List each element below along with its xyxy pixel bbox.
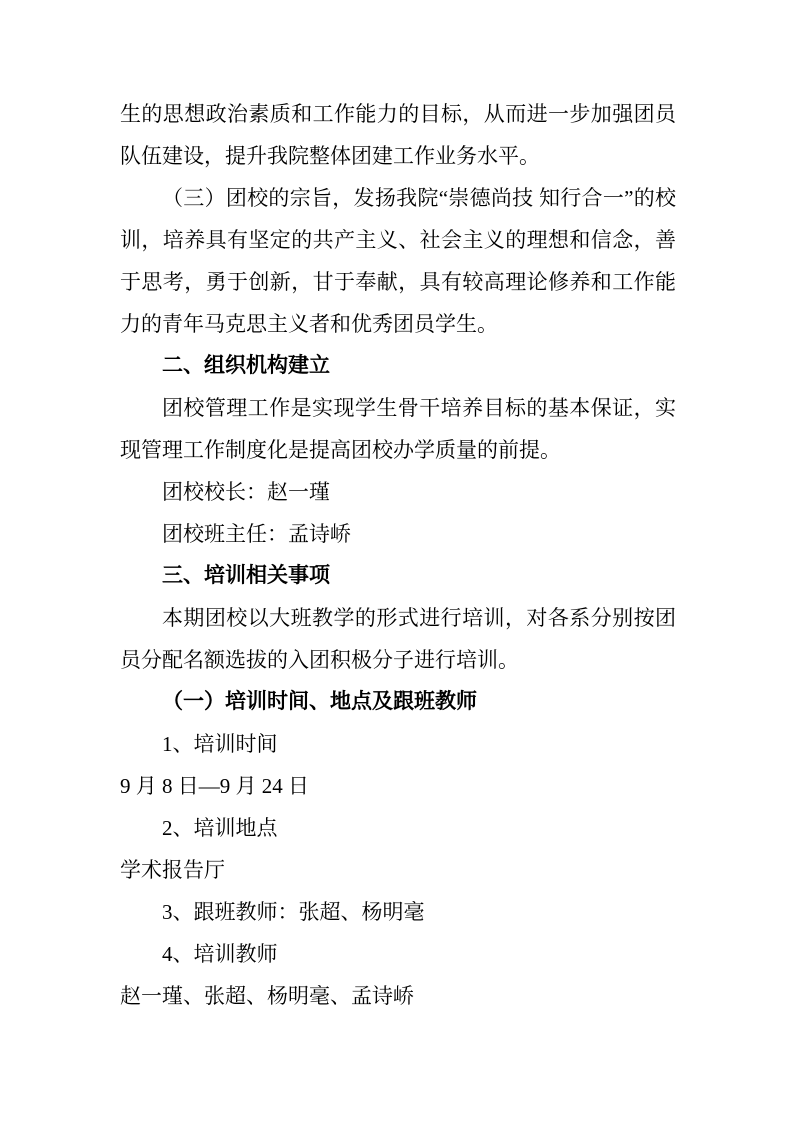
line-school-principal: 团校校长：赵一瑾 <box>120 471 676 513</box>
document-body: 生的思想政治素质和工作能力的目标，从而进一步加强团员队伍建设，提升我院整体团建工… <box>120 93 676 1017</box>
item-3-supervising-teachers: 3、跟班教师：张超、杨明毫 <box>120 891 676 933</box>
heading-section-2-organization: 二、组织机构建立 <box>120 345 676 387</box>
item-1-training-time: 1、培训时间 <box>120 723 676 765</box>
heading-section-3-training-matters: 三、培训相关事项 <box>120 555 676 597</box>
line-training-location: 学术报告厅 <box>120 849 676 891</box>
line-class-head-teacher: 团校班主任：孟诗峤 <box>120 513 676 555</box>
paragraph-goal-continuation: 生的思想政治素质和工作能力的目标，从而进一步加强团员队伍建设，提升我院整体团建工… <box>120 93 676 177</box>
item-4-training-teachers: 4、培训教师 <box>120 933 676 975</box>
item-2-training-location: 2、培训地点 <box>120 807 676 849</box>
heading-subsection-1-time-place-teachers: （一）培训时间、地点及跟班教师 <box>120 681 676 723</box>
line-training-dates: 9 月 8 日—9 月 24 日 <box>120 765 676 807</box>
paragraph-school-purpose: （三）团校的宗旨，发扬我院“崇德尚技 知行合一”的校训，培养具有坚定的共产主义、… <box>120 177 676 345</box>
paragraph-training-format: 本期团校以大班教学的形式进行培训，对各系分别按团员分配名额选拔的入团积极分子进行… <box>120 597 676 681</box>
paragraph-management: 团校管理工作是实现学生骨干培养目标的基本保证，实现管理工作制度化是提高团校办学质… <box>120 387 676 471</box>
document-page: 生的思想政治素质和工作能力的目标，从而进一步加强团员队伍建设，提升我院整体团建工… <box>0 0 793 1122</box>
line-training-teacher-names: 赵一瑾、张超、杨明毫、孟诗峤 <box>120 975 676 1017</box>
